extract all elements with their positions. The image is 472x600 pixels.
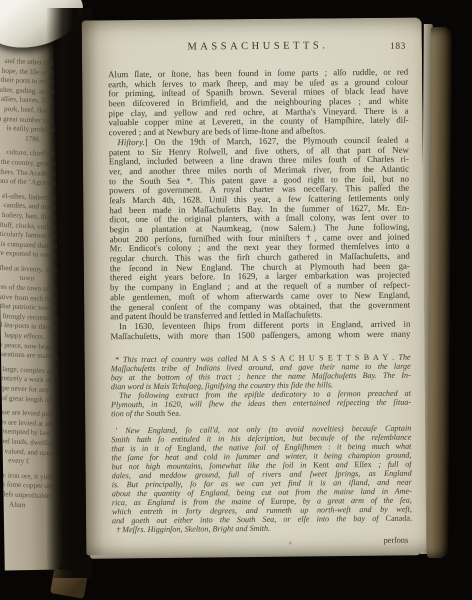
paragraph-ships: In 1630, ſeventeen ſhips from different …: [110, 320, 410, 342]
footnote-tract: * This tract of country was called M A S…: [111, 353, 411, 392]
footnote-extract: The following extract from the epiſtle d…: [111, 389, 411, 419]
book-page: MASSACHUSETTS. 183 Alum ſlate, or ſtone,…: [82, 18, 427, 556]
page-number: 183: [390, 42, 406, 52]
footnote-ministers: † Meſſrs. Higginſon, Skelton, Bright and…: [112, 523, 412, 535]
body-text: Alum ſlate, or ſtone, has been found in …: [108, 68, 410, 342]
text-line: † Meſſrs. Higginſon, Skelton, Bright and…: [112, 523, 412, 535]
running-header: MASSACHUSETTS. 183: [108, 40, 408, 59]
text-line: Maſſachuſetts, with more than 1500 paſſe…: [110, 329, 410, 341]
paragraph-minerals: Alum ſlate, or ſtone, has been found in …: [108, 68, 409, 138]
paragraph-history: Hiſtory.] On the 19th of March, 1627, th…: [109, 135, 411, 322]
book-cover-edge: [427, 27, 452, 558]
footnote-new-england: ' New England, ſo call'd, not only (to a…: [111, 424, 412, 526]
footnotes-section: * This tract of country was called M A S…: [111, 353, 413, 535]
book-photo-scene: USETTS. and the other ſorts, wehope, the…: [0, 0, 472, 600]
text-line: tion of the South Sea.: [111, 407, 411, 419]
catchword: perſons: [112, 536, 412, 548]
page-title: MASSACHUSETTS.: [108, 40, 408, 54]
page-content: MASSACHUSETTS. 183 Alum ſlate, or ſtone,…: [108, 40, 412, 548]
